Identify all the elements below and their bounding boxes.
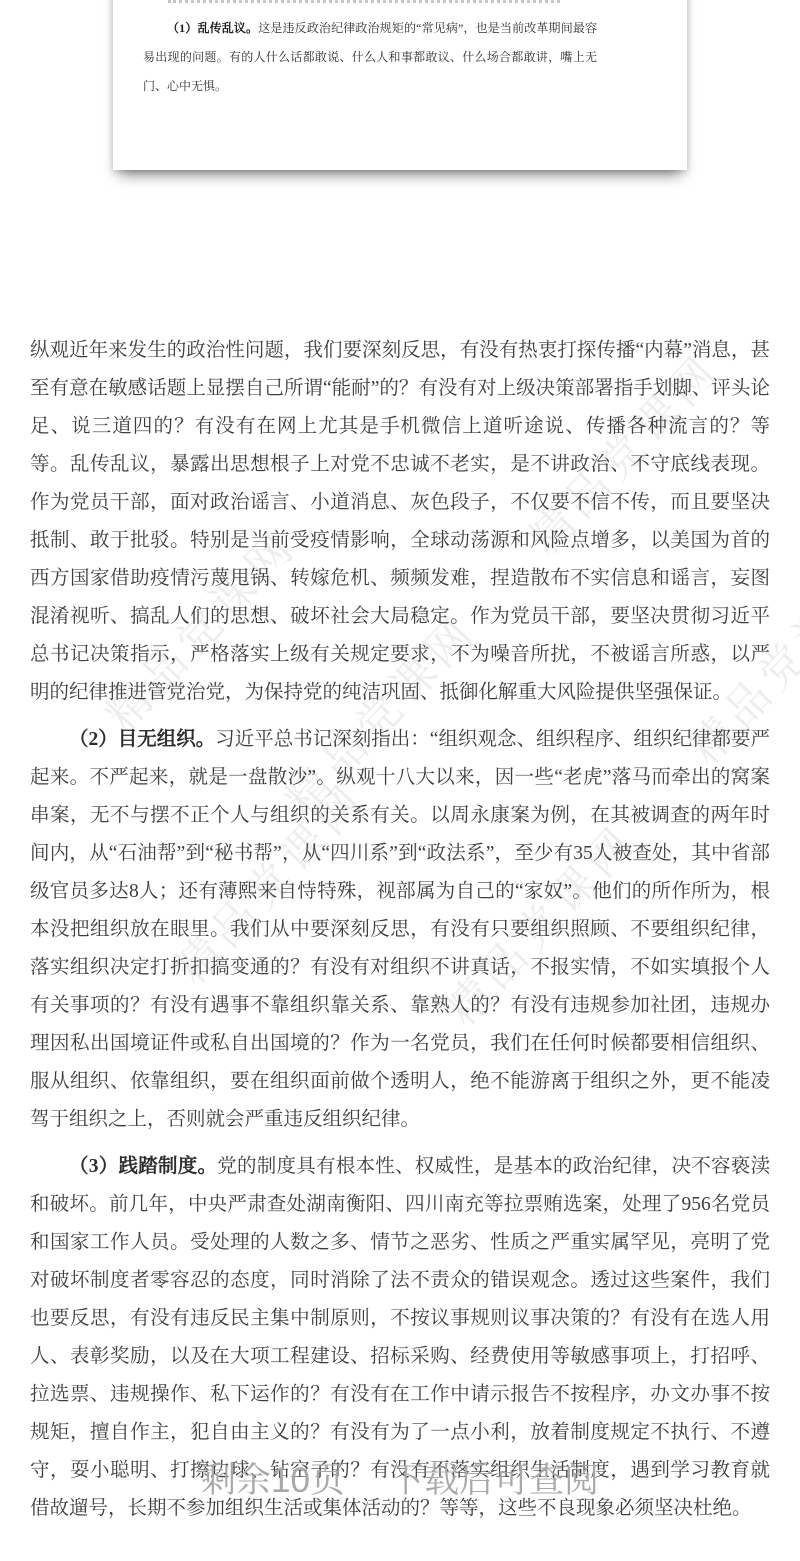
cropped-text-remnant — [168, 0, 560, 3]
paragraph: 纵观近年来发生的政治性问题，我们要深刻反思，有没有热衷打探传播“内幕”消息，甚至… — [30, 332, 770, 712]
paragraph-heading: （3）践踏制度。 — [69, 1156, 217, 1177]
page-root: （1）乱传乱议。这是违反政治纪律政治规矩的“常见病”，也是当前改革期间最容易出现… — [0, 0, 800, 1561]
paragraph-text: 纵观近年来发生的政治性问题，我们要深刻反思，有没有热衷打探传播“内幕”消息，甚至… — [30, 340, 770, 703]
paragraph-text: 习近平总书记深刻指出：“组织观念、组织程序、组织纪律都要严起来。不严起来，就是一… — [30, 729, 770, 1130]
document-body-text: 精品党课网 精品党课网 精品党课网 精品党课网 精品党课网 精品党课网 纵观近年… — [0, 332, 800, 1537]
card-paragraph: （1）乱传乱议。这是违反政治纪律政治规矩的“常见病”，也是当前改革期间最容易出现… — [143, 14, 597, 101]
download-hint-text: 下载后可查阅 — [389, 1460, 599, 1502]
remaining-pages-text: 剩余10页 — [201, 1460, 345, 1502]
paragraph: （2）目无组织。习近平总书记深刻指出：“组织观念、组织程序、组织纪律都要严起来。… — [30, 721, 770, 1139]
document-preview-card: （1）乱传乱议。这是违反政治纪律政治规矩的“常见病”，也是当前改革期间最容易出现… — [113, 0, 687, 170]
remaining-pages-notice: 剩余10页 下载后可查阅 — [0, 1460, 800, 1502]
paragraph-heading: （2）目无组织。 — [69, 729, 215, 750]
card-paragraph-heading: （1）乱传乱议。 — [167, 21, 258, 35]
